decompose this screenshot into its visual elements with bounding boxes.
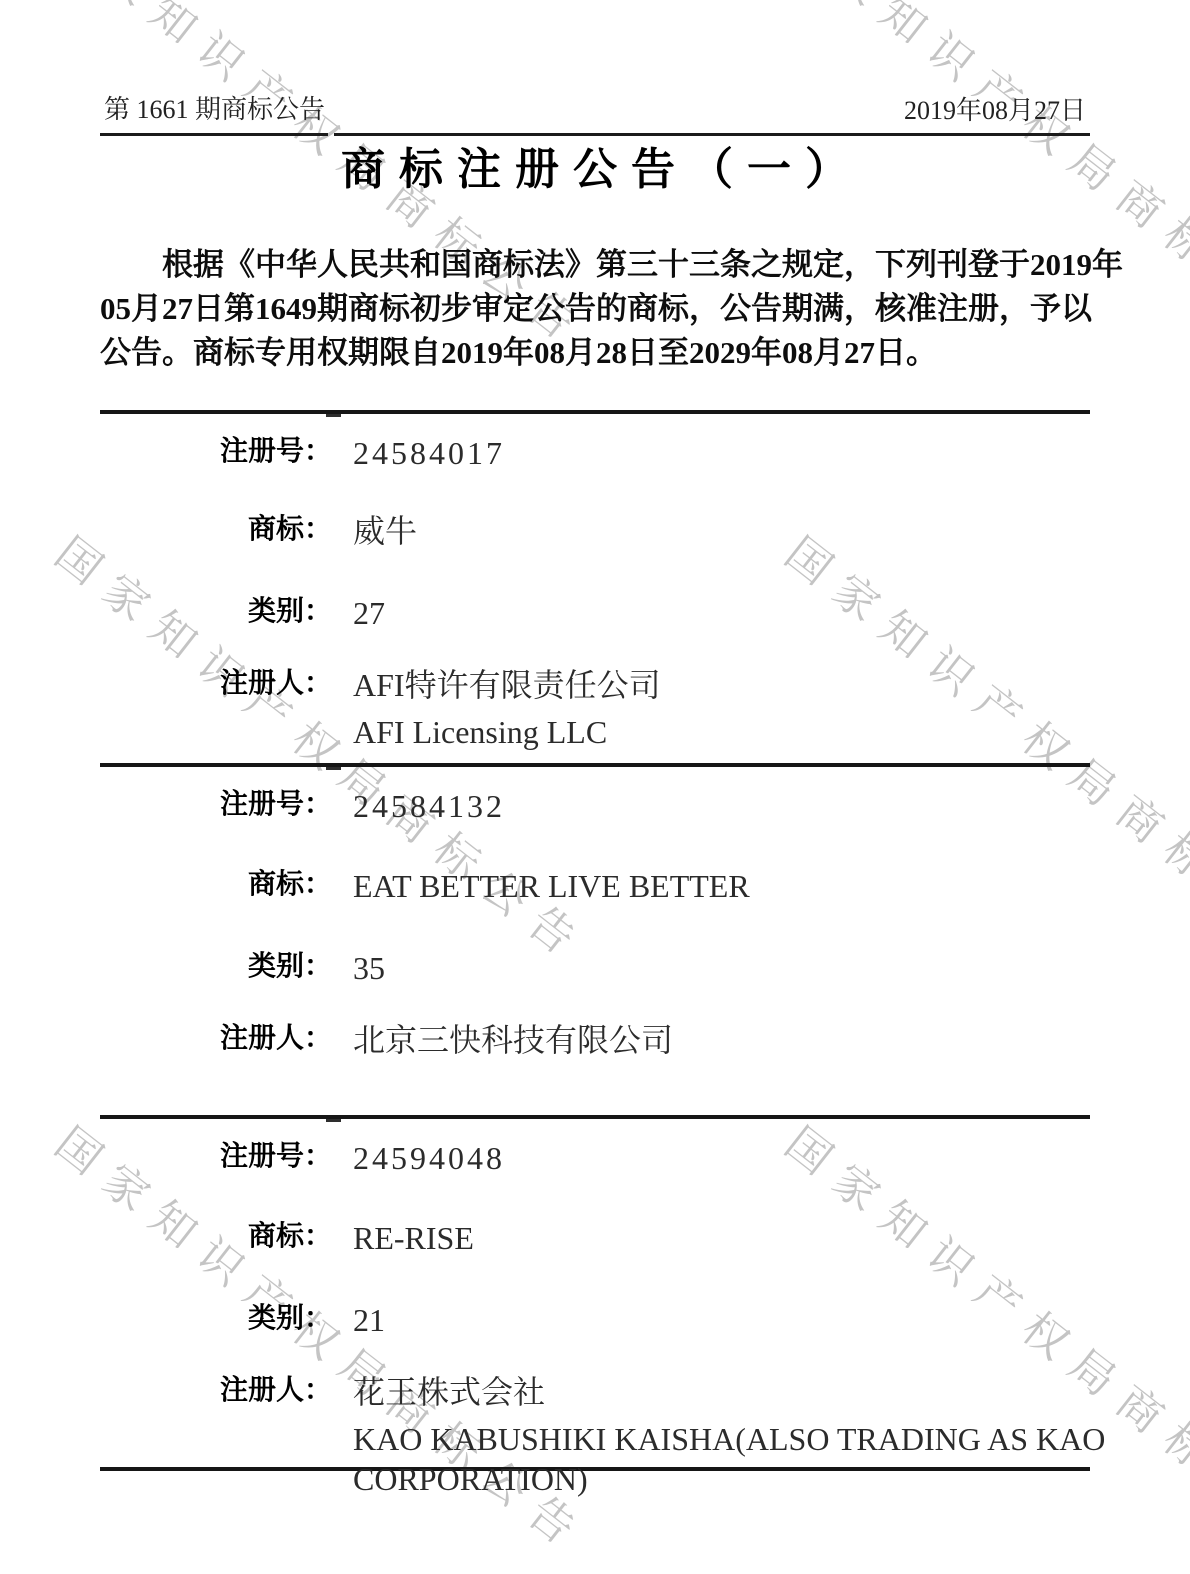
- column-tick: [326, 1119, 341, 1122]
- issue-number: 第 1661 期商标公告: [104, 96, 325, 124]
- record-separator: [100, 1115, 1090, 1119]
- trademark-value: RE-RISE: [353, 1219, 1113, 1257]
- trademark-value: 威牛: [353, 512, 1113, 550]
- reg-no-label: 注册号：: [100, 1139, 332, 1175]
- registrant-en: AFI Licensing LLC: [353, 712, 1108, 752]
- record-separator: [100, 763, 1090, 767]
- header-rule: [100, 133, 328, 136]
- column-tick: [326, 414, 341, 417]
- registrant-value: 北京三快科技有限公司: [353, 1021, 1113, 1059]
- category-value: 27: [353, 594, 1113, 632]
- trademark-label: 商标：: [100, 867, 332, 903]
- registrant-label: 注册人：: [100, 1021, 332, 1057]
- gazette-page: 国家知识产权局商标公告 国家知识产权局商标公告 国家知识产权局商标公告 国家知识…: [0, 0, 1190, 1574]
- registrant-value: AFI特许有限责任公司 AFI Licensing LLC: [353, 666, 1113, 752]
- reg-no-label: 注册号：: [100, 787, 332, 823]
- reg-no-value: 24594048: [353, 1139, 1113, 1177]
- record-separator: [100, 410, 1090, 414]
- reg-no-value: 24584132: [353, 787, 1113, 825]
- registrant-cn: 花王株式会社: [353, 1373, 1113, 1411]
- column-tick: [326, 767, 341, 770]
- category-value: 21: [353, 1301, 1113, 1339]
- trademark-label: 商标：: [100, 1219, 332, 1255]
- category-label: 类别：: [100, 1301, 332, 1337]
- reg-no-value: 24584017: [353, 434, 1113, 472]
- intro-line: 公告。商标专用权期限自2019年08月28日至2029年08月27日。: [100, 331, 1100, 375]
- registrant-label: 注册人：: [100, 1373, 332, 1409]
- intro-line: 根据《中华人民共和国商标法》第三十三条之规定，下列刊登于2019年: [100, 243, 1100, 287]
- registrant-en: KAO KABUSHIKI KAISHA(ALSO TRADING AS KAO…: [353, 1419, 1108, 1499]
- header-rule: [334, 133, 1090, 136]
- reg-no-label: 注册号：: [100, 434, 332, 470]
- registrant-cn: AFI特许有限责任公司: [353, 666, 1113, 704]
- trademark-value: EAT BETTER LIVE BETTER: [353, 867, 1113, 905]
- intro-line: 05月27日第1649期商标初步审定公告的商标，公告期满，核准注册，予以: [100, 287, 1100, 331]
- page-title: 商标注册公告（一）: [0, 142, 1190, 198]
- category-value: 35: [353, 949, 1113, 987]
- category-label: 类别：: [100, 949, 332, 985]
- publication-date: 2019年08月27日: [904, 97, 1086, 125]
- registrant-cn: 北京三快科技有限公司: [353, 1021, 1113, 1059]
- trademark-label: 商标：: [100, 512, 332, 548]
- intro-paragraph: 根据《中华人民共和国商标法》第三十三条之规定，下列刊登于2019年 05月27日…: [100, 243, 1100, 375]
- category-label: 类别：: [100, 594, 332, 630]
- registrant-value: 花王株式会社 KAO KABUSHIKI KAISHA(ALSO TRADING…: [353, 1373, 1113, 1499]
- registrant-label: 注册人：: [100, 666, 332, 702]
